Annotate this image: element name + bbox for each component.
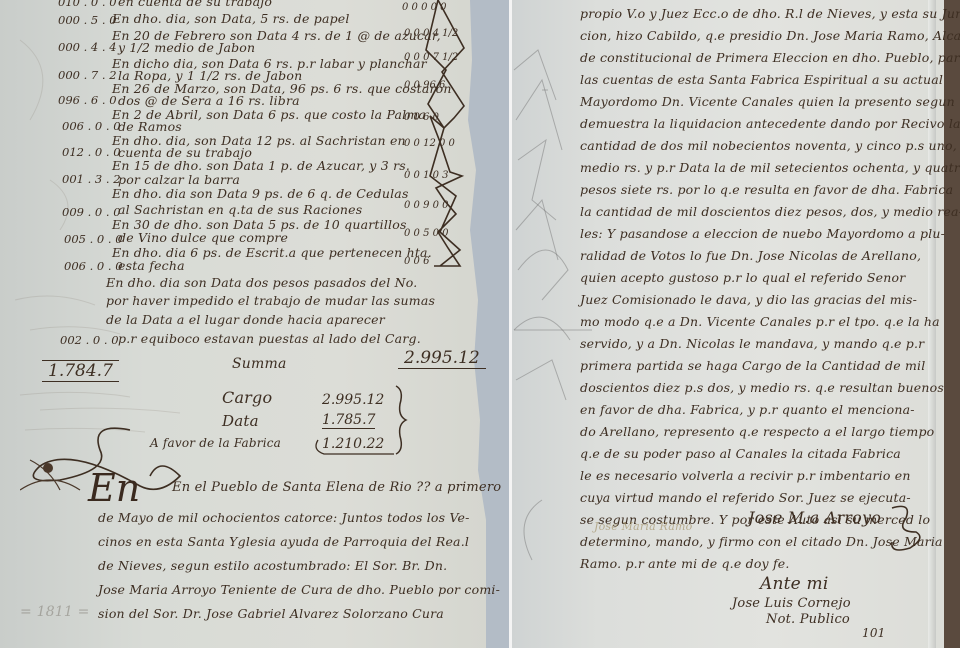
paragraph-line: quien acepto gustoso p.r lo qual el refe… (580, 270, 905, 285)
total-right: 2.995.12 (398, 348, 486, 369)
entry-text: En 15 de dho. son Data 1 p. de Azucar, y… (112, 158, 410, 173)
paragraph-line: mo modo q.e a Dn. Vicente Canales p.r el… (580, 314, 940, 329)
paragraph-line: servido, y a Dn. Nicolas le mandava, y m… (580, 336, 924, 351)
paragraph-line: demuestra la liquidacion antecedente dan… (580, 116, 960, 131)
left-manuscript-photo: 010 . 0 . 0 en cuenta de su trabajo 000 … (0, 0, 509, 648)
entry-text: por calzar la barra (118, 172, 240, 187)
paragraph-line: medio rs. y p.r Data la de mil setecient… (580, 160, 960, 175)
paragraph-line: las cuentas de esta Santa Fabrica Espiri… (580, 72, 943, 87)
paragraph-line: Ramo. p.r ante mi de q.e doy fe. (580, 556, 790, 571)
paragraph-line: Juez Comisionado le dava, y dio las grac… (580, 292, 917, 307)
paragraph-line: de constitucional de Primera Eleccion en… (580, 50, 960, 65)
entry-amount: 000 . 7 . 2 (58, 68, 117, 82)
entry-text: esta fecha (118, 258, 185, 273)
entry-text: de Vino dulce que compre (118, 230, 288, 245)
entry-amount: 006 . 0 . 0 (64, 259, 123, 273)
entry-amount: 001 . 3 . 2 (62, 172, 121, 186)
entry-amount: 006 . 0 . 0 (62, 119, 121, 133)
cargo-label: Cargo (222, 388, 272, 407)
note-line: por haver impedido el trabajo de mudar l… (106, 293, 435, 308)
paragraph-line: primera partida se haga Cargo de la Cant… (580, 358, 925, 373)
entry-amount: 010 . 0 . 0 (58, 0, 117, 9)
entry-amount: 000 . 4 . 4 (58, 40, 117, 54)
total-left: 1.784.7 (42, 360, 119, 382)
note-line: En dho. dia son Data dos pesos pasados d… (106, 275, 417, 290)
data-label: Data (222, 412, 259, 430)
act-line: Jose Maria Arroyo Teniente de Cura de dh… (98, 582, 500, 597)
act-line: sion del Sor. Dr. Jose Gabriel Alvarez S… (98, 606, 444, 621)
entry-text: En dho. dia son Data 9 ps. de 6 q. de Ce… (112, 186, 409, 201)
initial-en: En (88, 466, 140, 510)
paragraph-line: propio V.o y Juez Ecc.o de dho. R.l de N… (580, 6, 960, 21)
note-amount: 002 . 0 . 0 (60, 333, 119, 347)
act-line: de Nieves, segun estilo acostumbrado: El… (98, 558, 447, 573)
act-line: En el Pueblo de Santa Elena de Rio ?? a … (172, 480, 501, 495)
paragraph-line: pesos siete rs. por lo q.e resulta en fa… (580, 182, 953, 197)
signature-rubric (872, 498, 932, 558)
entry-amount: 012 . 0 . 0 (62, 145, 121, 159)
margin-note: = 1811 = (20, 604, 90, 620)
entry-amount: 096 . 6 . 0 (58, 93, 117, 107)
ante-mi: Ante mi (760, 574, 828, 594)
paragraph-line: cion, hizo Cabildo, q.e presidio Dn. Jos… (580, 28, 960, 43)
faint-signature: Jose Maria Ramo (594, 520, 692, 533)
summa-label: Summa (232, 356, 287, 372)
act-line: cinos en esta Santa Yglesia ayuda de Par… (98, 534, 469, 549)
signature-main: Jose M.a Arroyo (748, 508, 881, 527)
entry-amount: 000 . 5 . 0 (58, 13, 117, 27)
act-line: de Mayo de mil ochocientos catorce: Junt… (98, 510, 470, 525)
paragraph-line: q.e de su poder paso al Canales la citad… (580, 446, 901, 461)
entry-amount: 005 . 0 . 0 (64, 232, 123, 246)
brace-decoration (300, 380, 420, 460)
paragraph-line: le es necesario volverla a recivir p.r i… (580, 468, 911, 483)
entry-text: dos @ de Sera a 16 rs. libra (118, 93, 300, 108)
notary-name: Jose Luis Cornejo (732, 596, 851, 611)
entry-text: de Ramos (118, 119, 182, 134)
paragraph-line: la cantidad de mil doscientos diez pesos… (580, 204, 960, 219)
paragraph-line: cuya virtud mando el referido Sor. Juez … (580, 490, 911, 505)
paragraph-line: les: Y pasandose a eleccion de nuebo May… (580, 226, 945, 241)
right-manuscript-photo: propio V.o y Juez Ecc.o de dho. R.l de N… (512, 0, 960, 648)
folio-mark: 101 (862, 626, 886, 640)
note-line: p.r equiboco estavan puestas al lado del… (118, 331, 421, 346)
paragraph-line: doscientos diez p.s dos, y medio rs. q.e… (580, 380, 944, 395)
paragraph-line: do Arellano, represento q.e respecto a e… (580, 424, 934, 439)
paragraph-line: ralidad de Votos lo fue Dn. Jose Nicolas… (580, 248, 921, 263)
notary-title: Not. Publico (766, 612, 850, 627)
entry-text: en cuenta de su trabajo (118, 0, 272, 9)
note-line: de la Data a el lugar donde hacia aparec… (106, 312, 385, 327)
paragraph-line: Mayordomo Dn. Vicente Canales quien la p… (580, 94, 955, 109)
strike-through-zigzag (420, 0, 480, 280)
entry-text: al Sachristan en q.ta de sus Raciones (118, 202, 362, 217)
paragraph-line: en favor de dha. Fabrica, y p.r quanto e… (580, 402, 915, 417)
entry-text: En dho. dia, son Data, 5 rs. de papel (112, 11, 350, 26)
paragraph-line: cantidad de dos mil nobecientos noventa,… (580, 138, 960, 153)
entry-text: y 1/2 medio de Jabon (118, 40, 255, 55)
